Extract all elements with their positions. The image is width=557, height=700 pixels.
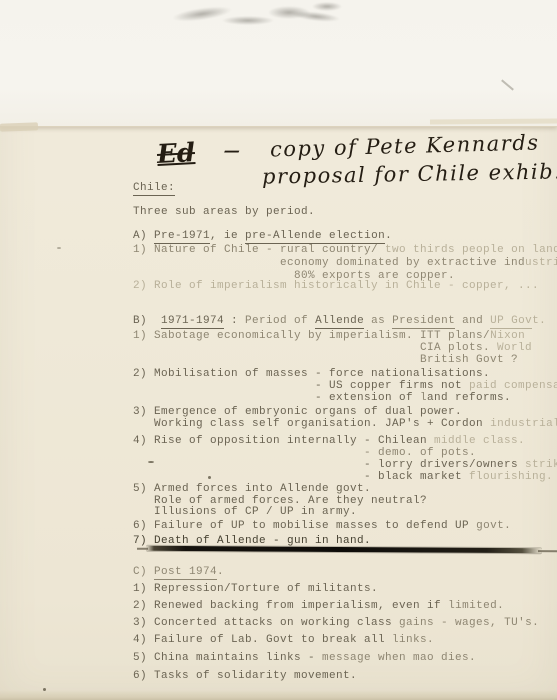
typed-line: Illusions of CP / UP in army. bbox=[154, 507, 357, 518]
typed-line: A) Pre-1971, ie pre-Allende election. bbox=[133, 231, 392, 242]
typed-text-segment: pre-Allende election bbox=[245, 230, 385, 244]
typed-line: 4) Rise of opposition internally - Chile… bbox=[133, 436, 525, 447]
typed-text-segment: Three sub areas by period. bbox=[133, 206, 315, 219]
typed-text-segment: economy dominated by extractive ind bbox=[280, 257, 525, 270]
typed-text-segment: govt. bbox=[476, 520, 511, 533]
typed-line: CIA plots. World bbox=[420, 343, 532, 354]
typed-text-segment: . bbox=[385, 230, 392, 243]
typed-text-segment: Allende bbox=[315, 315, 364, 329]
typed-line: 5) China maintains links - message when … bbox=[133, 653, 476, 664]
typed-line: - extension of land reforms. bbox=[315, 393, 511, 404]
typed-line: 1) Nature of Chile - rural country/ two … bbox=[133, 245, 557, 256]
typed-text-segment: - black market bbox=[364, 471, 469, 484]
typed-text-segment: 2) Role of imperialism historically in C… bbox=[133, 280, 539, 293]
typed-line: Working class self organisation. JAP's +… bbox=[154, 419, 557, 430]
typed-text-segment: two thirds people on land bbox=[385, 244, 557, 257]
typed-text-segment: , ie bbox=[210, 230, 245, 243]
typed-line: 5) Armed forces into Allende govt. bbox=[133, 484, 371, 495]
typed-line: 3) Concerted attacks on working class ga… bbox=[133, 618, 539, 629]
typed-text-segment: 5) China maintains links - bbox=[133, 652, 322, 665]
overlapping-sheet-top bbox=[0, 0, 557, 127]
typed-line: 4) Failure of Lab. Govt to break all lin… bbox=[133, 635, 434, 646]
scan-speck bbox=[57, 247, 61, 249]
typed-line: B) 1971-1974 : Period of Allende as Pres… bbox=[133, 316, 546, 327]
typed-text-segment: message when mao dies. bbox=[322, 652, 476, 665]
typed-text-segment: B) bbox=[133, 315, 161, 328]
typed-text-segment: and reforms. bbox=[427, 392, 511, 405]
handwritten-crossed-word: Ed bbox=[156, 138, 196, 170]
typed-text-segment: 1) Sabotage economically by imperialism. bbox=[133, 330, 420, 343]
handwritten-note-line2: proposal for Chile exhib. bbox=[262, 159, 557, 188]
typed-text-segment: . bbox=[217, 566, 224, 579]
typed-line: 2) Renewed backing from imperialism, eve… bbox=[133, 601, 504, 612]
typed-line: 6) Failure of UP to mobilise masses to d… bbox=[133, 521, 511, 532]
typed-text-segment: industrial. bbox=[490, 418, 557, 431]
scan-smudge bbox=[312, 2, 342, 11]
typed-text-segment: C) bbox=[133, 566, 154, 579]
typed-text-segment: 4) Failure of Lab. Govt to break all bbox=[133, 634, 392, 647]
paper-bottom-shadow bbox=[0, 690, 557, 700]
scan-speck bbox=[43, 688, 46, 691]
typed-text-segment: l bbox=[420, 392, 427, 405]
typed-line: Three sub areas by period. bbox=[133, 207, 315, 218]
typed-line: 3) Emergence of embryonic organs of dual… bbox=[133, 407, 462, 418]
typed-text-segment: gains - wages, TU's. bbox=[399, 617, 539, 630]
typed-text-segment: Working class self organisation. JAP's +… bbox=[154, 418, 490, 431]
typed-line: British Govt ? bbox=[420, 355, 518, 366]
typed-line: - demo. of pots. bbox=[364, 448, 476, 459]
typed-text-segment: Chile: bbox=[133, 182, 175, 196]
typed-text-segment: t. bbox=[532, 315, 546, 328]
typed-text-segment: A) bbox=[133, 230, 154, 243]
typed-text-segment: and bbox=[455, 315, 490, 328]
typed-text-segment: flourishing. bbox=[469, 471, 553, 484]
typed-text-segment: UP Gov bbox=[490, 315, 532, 329]
typed-text-segment: 1) Nature of Chile - rural country/ bbox=[133, 244, 385, 257]
typed-text-segment: - extension of bbox=[315, 392, 420, 405]
typed-text-segment: 2) Renewed backing from imperialism, eve… bbox=[133, 600, 448, 613]
typed-text-segment: 1) Repression/Torture of militants. bbox=[133, 583, 378, 596]
typed-line: 2) Role of imperialism historically in C… bbox=[133, 281, 539, 292]
scan-speck bbox=[148, 461, 154, 463]
typed-text-segment: Post 1974 bbox=[154, 566, 217, 580]
typed-text-segment: 1971-1974 bbox=[161, 315, 224, 329]
scan-smudge bbox=[222, 16, 274, 25]
typed-text-segment: British Govt ? bbox=[420, 354, 518, 367]
typed-text-segment: as bbox=[364, 315, 392, 328]
typed-line: C) Post 1974. bbox=[133, 567, 224, 578]
typed-text-segment: links. bbox=[392, 634, 434, 647]
typed-text-segment: 3) Concerted attacks on working class bbox=[133, 617, 399, 630]
typed-text-segment: : bbox=[224, 315, 245, 328]
typed-line: economy dominated by extractive industri… bbox=[280, 258, 557, 269]
typed-line: - black market flourishing. bbox=[364, 472, 553, 483]
typed-line: 6) Tasks of solidarity movement. bbox=[133, 671, 357, 682]
typed-line: - US copper firms not paid compensation. bbox=[315, 381, 557, 392]
typed-line: 2) Mobilisation of masses - force nation… bbox=[133, 369, 490, 380]
typed-text-segment: Illusions of CP / UP in army. bbox=[154, 506, 357, 519]
scan-speck bbox=[208, 476, 211, 479]
paper-edge-notch bbox=[0, 122, 38, 131]
typed-text-segment: 6) Tasks of solidarity movement. bbox=[133, 670, 357, 683]
typed-text-segment: President bbox=[392, 315, 455, 329]
typed-text-segment: Period of bbox=[245, 315, 315, 328]
typed-text-segment: 6) Failure of UP to mobilise masses to d… bbox=[133, 520, 476, 533]
typed-line: - lorry drivers/owners strike. bbox=[364, 460, 557, 471]
typed-text-segment: limited. bbox=[448, 600, 504, 613]
scanned-document: Ed - copy of Pete Kennards proposal for … bbox=[0, 0, 557, 700]
typed-line: 1) Repression/Torture of militants. bbox=[133, 584, 378, 595]
typed-text-segment: ustries. bbox=[525, 257, 557, 270]
typed-line: 1) Sabotage economically by imperialism.… bbox=[133, 331, 525, 342]
typed-text-segment: Pre-1971 bbox=[154, 230, 210, 244]
handwritten-dash: - bbox=[222, 136, 241, 164]
typed-line: Chile: bbox=[133, 183, 175, 194]
